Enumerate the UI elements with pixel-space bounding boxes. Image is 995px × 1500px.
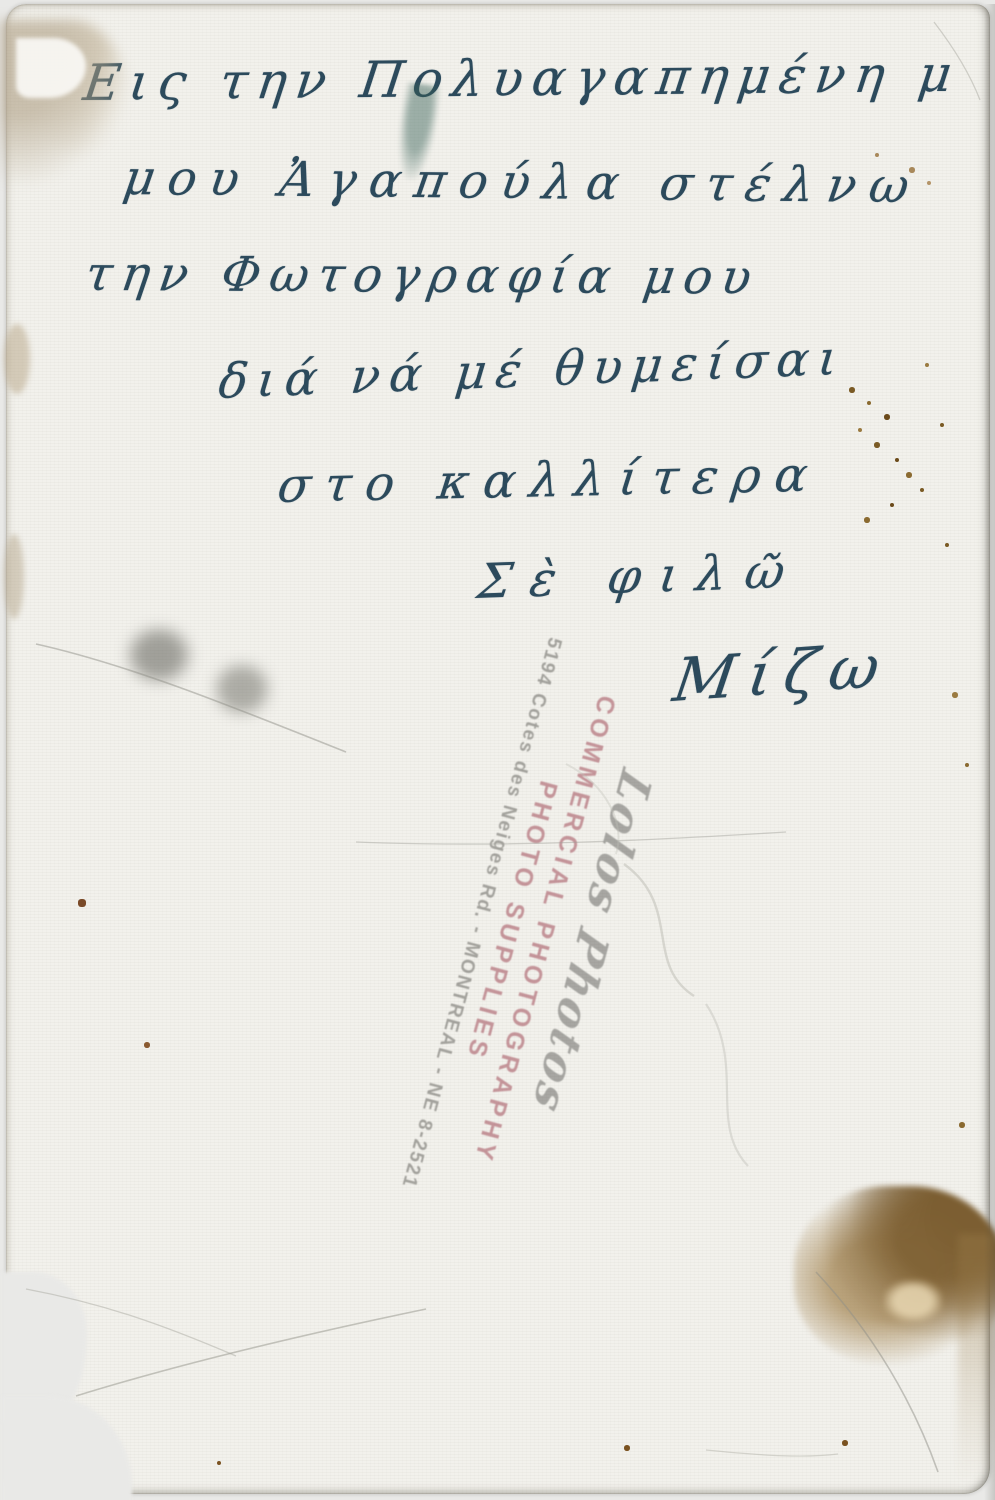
- stain-left-edge-2: [4, 534, 24, 619]
- stain-top-left-chip: [16, 38, 86, 98]
- stain-left-edge-1: [4, 324, 30, 394]
- note-line-2: μου Ἀγαπούλα στέλνω: [120, 150, 926, 214]
- torn-edge-bottom-left-1: [2, 1272, 87, 1422]
- torn-edge-bottom-left-2: [2, 1396, 132, 1500]
- stain-bottom-right-brown: [794, 1186, 995, 1366]
- photo-card: Εις την Πολυαγαπημένη μ μου Ἀγαπούλα στέ…: [6, 4, 990, 1494]
- crease-lines: [6, 4, 990, 1494]
- note-line-3: την Φωτογραφία μου: [82, 246, 764, 306]
- stain-gray-smudge-2: [211, 660, 273, 718]
- note-line-1: Εις την Πολυαγαπημένη μ: [80, 45, 964, 112]
- stain-bottom-right-cream: [884, 1280, 942, 1322]
- note-line-4: διά νά μέ θυμείσαι: [216, 330, 849, 410]
- note-line-5: στο καλλίτερα: [275, 447, 825, 514]
- studio-stamp: Lolos Photos COMMERCIAL PHOTOGRAPHY PHOT…: [386, 610, 696, 1249]
- signature: Μίζω: [669, 631, 896, 716]
- stain-right-edge-brown: [958, 1234, 995, 1484]
- stain-speckles: [6, 4, 8, 6]
- right-edge-shadow: [984, 4, 995, 1500]
- note-line-6: Σὲ φιλῶ: [474, 543, 807, 610]
- stain-gray-smudge-1: [124, 624, 194, 686]
- scanned-photo-verso: { "note": { "lines": [ { "text": "Εις τη…: [0, 0, 995, 1500]
